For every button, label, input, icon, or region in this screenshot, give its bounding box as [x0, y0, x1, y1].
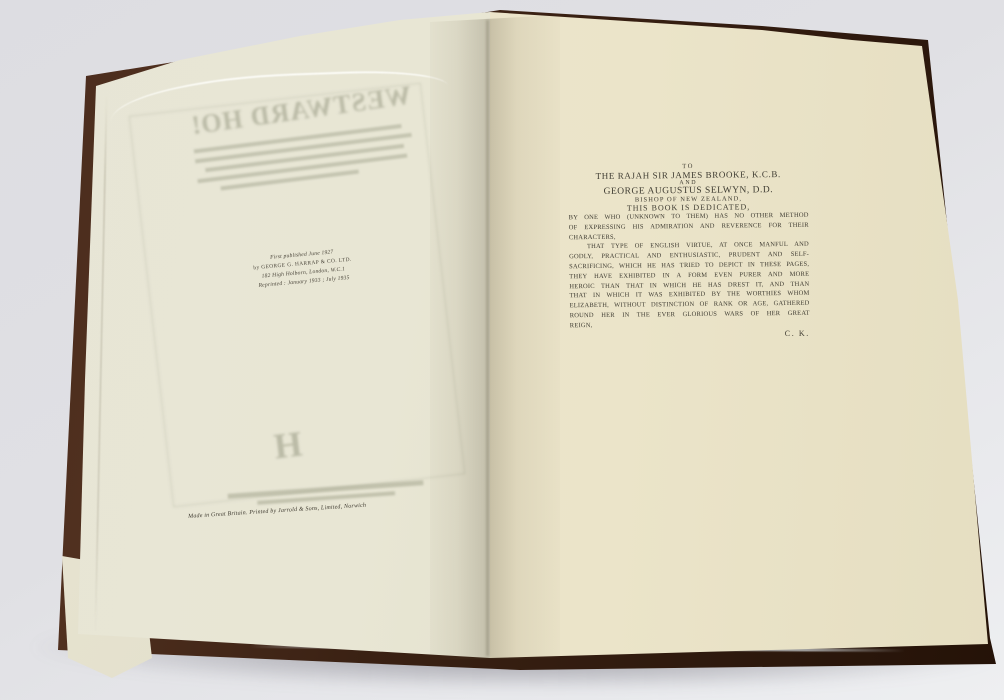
author-initials: C. K.: [570, 328, 810, 340]
gutter-fold-line: [486, 20, 489, 656]
book-photo: WESTWARD HO! H First published June 1927…: [0, 0, 1004, 700]
dedication-block: TO THE RAJAH SIR JAMES BROOKE, K.C.B. AN…: [568, 162, 810, 340]
page-crease: [94, 96, 107, 632]
dedication-paragraph-2: THAT TYPE OF ENGLISH VIRTUE, AT ONCE MAN…: [569, 240, 810, 331]
dedication-paragraph-1: BY ONE WHO (UNKNOWN TO THEM) HAS NO OTHE…: [569, 211, 809, 243]
show-through-monogram: H: [256, 421, 321, 470]
